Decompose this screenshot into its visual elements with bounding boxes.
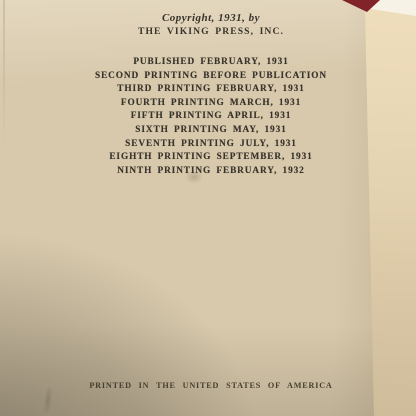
printing-line: THIRD PRINTING FEBRUARY, 1931	[55, 83, 367, 97]
book-photo: Copyright, 1931, by THE VIKING PRESS, IN…	[0, 0, 416, 416]
printing-line: SIXTH PRINTING MAY, 1931	[55, 124, 367, 138]
printing-line: SEVENTH PRINTING JULY, 1931	[55, 138, 367, 152]
copyright-line: Copyright, 1931, by	[55, 11, 367, 26]
page-smudge	[42, 384, 54, 416]
printing-line: FOURTH PRINTING MARCH, 1931	[55, 97, 367, 111]
copyright-block: Copyright, 1931, by THE VIKING PRESS, IN…	[55, 11, 367, 38]
printing-line: PUBLISHED FEBRUARY, 1931	[55, 56, 367, 70]
printing-line: EIGHTH PRINTING SEPTEMBER, 1931	[55, 151, 367, 165]
copyright-page: Copyright, 1931, by THE VIKING PRESS, IN…	[0, 0, 416, 416]
printing-line: NINTH PRINTING FEBRUARY, 1932	[55, 165, 367, 179]
page-text: Copyright, 1931, by THE VIKING PRESS, IN…	[55, 0, 367, 416]
printing-history: PUBLISHED FEBRUARY, 1931 SECOND PRINTING…	[55, 56, 367, 178]
printed-in-usa-line: PRINTED IN THE UNITED STATES OF AMERICA	[55, 381, 367, 390]
printing-line: SECOND PRINTING BEFORE PUBLICATION	[55, 70, 367, 84]
page-crease	[3, 0, 5, 150]
publisher-line: THE VIKING PRESS, INC.	[55, 26, 367, 38]
printing-line: FIFTH PRINTING APRIL, 1931	[55, 110, 367, 124]
